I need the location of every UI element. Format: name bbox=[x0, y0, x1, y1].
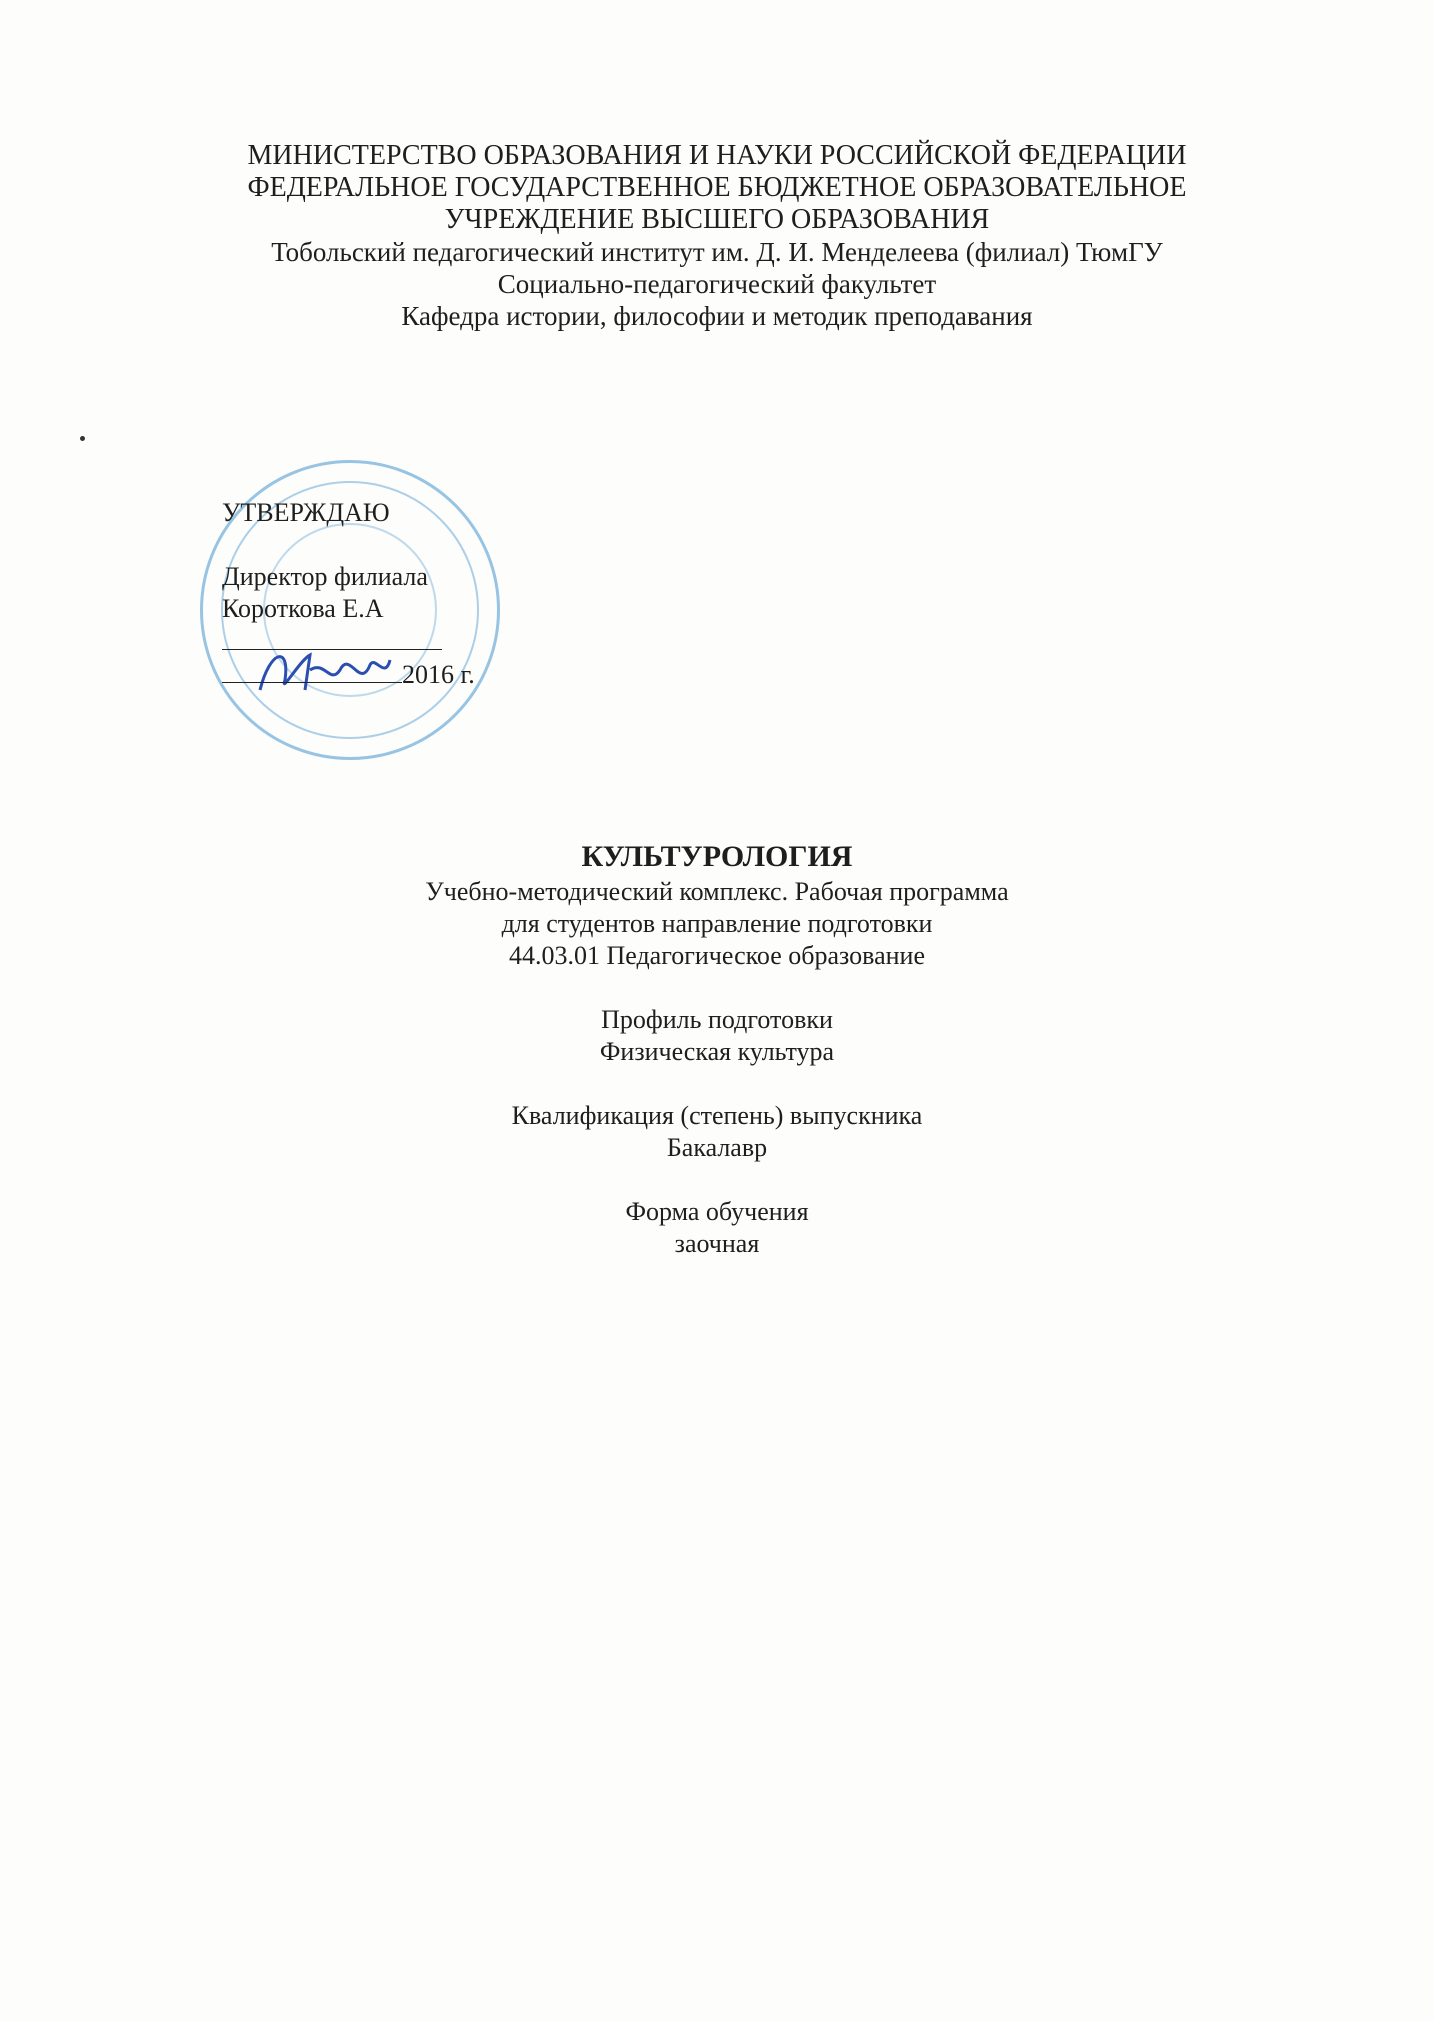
qualification-value: Бакалавр bbox=[0, 1132, 1434, 1164]
institution-type-line: ФЕДЕРАЛЬНОЕ ГОСУДАРСТВЕННОЕ БЮДЖЕТНОЕ ОБ… bbox=[0, 172, 1434, 204]
signature-line bbox=[222, 625, 442, 650]
date-line bbox=[222, 658, 402, 683]
approval-year: 2016 г. bbox=[402, 660, 475, 689]
document-title: КУЛЬТУРОЛОГИЯ bbox=[0, 838, 1434, 876]
institution-type-line-2: УЧРЕЖДЕНИЕ ВЫСШЕГО ОБРАЗОВАНИЯ bbox=[0, 204, 1434, 236]
document-subtitle: Учебно-методический комплекс. Рабочая пр… bbox=[0, 876, 1434, 908]
institute-name: Тобольский педагогический институт им. Д… bbox=[0, 236, 1434, 268]
profile-value: Физическая культура bbox=[0, 1036, 1434, 1068]
approver-name: Короткова Е.А bbox=[222, 593, 475, 625]
title-block: КУЛЬТУРОЛОГИЯ Учебно-методический компле… bbox=[0, 838, 1434, 1260]
study-form-label: Форма обучения bbox=[0, 1196, 1434, 1228]
department-name: Кафедра истории, философии и методик пре… bbox=[0, 300, 1434, 332]
approval-block: УТВЕРЖДАЮ Директор филиала Короткова Е.А… bbox=[222, 497, 475, 691]
approver-position: Директор филиала bbox=[222, 561, 475, 593]
study-form-value: заочная bbox=[0, 1228, 1434, 1260]
ministry-line: МИНИСТЕРСТВО ОБРАЗОВАНИЯ И НАУКИ РОССИЙС… bbox=[0, 140, 1434, 172]
faculty-name: Социально-педагогический факультет bbox=[0, 268, 1434, 300]
scan-speck bbox=[80, 436, 85, 441]
document-audience: для студентов направление подготовки bbox=[0, 908, 1434, 940]
program-code: 44.03.01 Педагогическое образование bbox=[0, 940, 1434, 972]
document-header: МИНИСТЕРСТВО ОБРАЗОВАНИЯ И НАУКИ РОССИЙС… bbox=[0, 140, 1434, 332]
approve-label: УТВЕРЖДАЮ bbox=[222, 497, 475, 529]
qualification-label: Квалификация (степень) выпускника bbox=[0, 1100, 1434, 1132]
profile-label: Профиль подготовки bbox=[0, 1004, 1434, 1036]
